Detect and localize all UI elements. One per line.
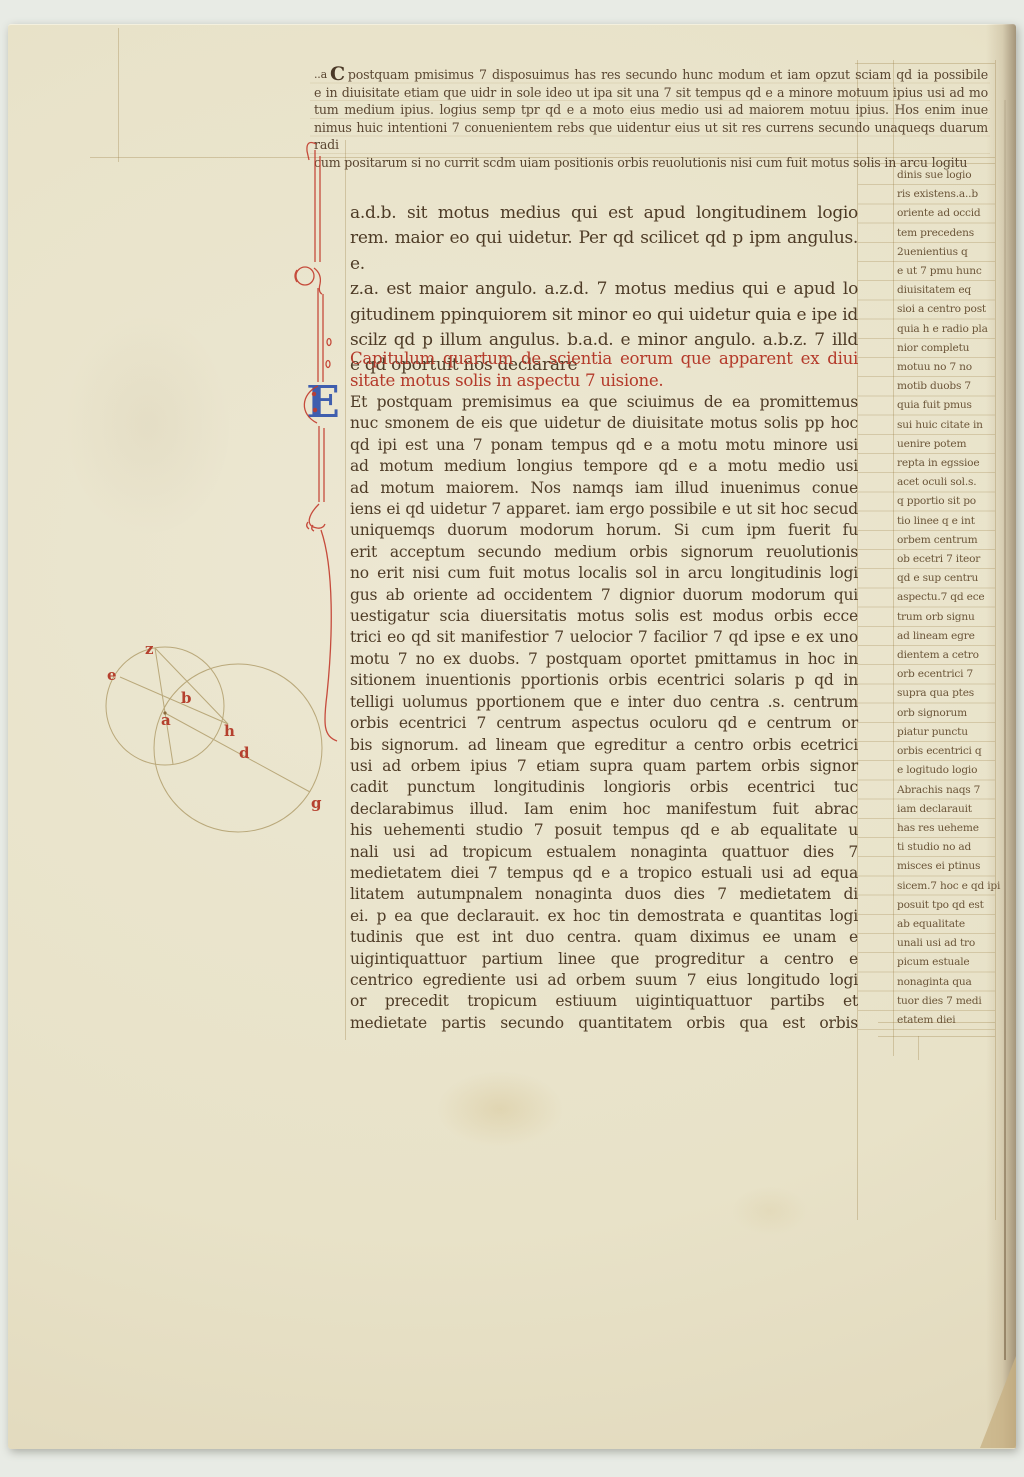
ruling-line xyxy=(918,1036,919,1060)
text-line: qd ipi est una 7 ponam tempus qd e a mot… xyxy=(350,435,858,456)
text-line: ab equalitate xyxy=(897,915,997,934)
page-crease xyxy=(1004,100,1006,1360)
text-line: nali usi ad tropicum estualem nonaginta … xyxy=(350,842,858,863)
line-z-a xyxy=(155,648,173,764)
text-line: medietate partis secundo quantitatem orb… xyxy=(350,1013,858,1034)
text-line: ad motum medium longius tempore qd e a m… xyxy=(350,456,858,477)
text-line: uenire potem xyxy=(897,435,997,454)
diagram-label-e: e xyxy=(107,666,117,684)
text-line: orbis ecentrici q xyxy=(897,742,997,761)
diagram-label-d: d xyxy=(239,744,250,762)
text-line: ..a C postquam pmisimus 7 disposuimus ha… xyxy=(314,66,988,84)
text-line: sitionem inuentionis pportionis orbis ec… xyxy=(350,670,858,691)
text-line: ad motum maiorem. Nos namqs iam illud in… xyxy=(350,478,858,499)
text-line: gus ab oriente ad occidentem 7 dignior d… xyxy=(350,585,858,606)
text-line: z.a. est maior angulo. a.z.d. 7 motus me… xyxy=(350,277,858,302)
text-line: nior completu xyxy=(897,339,997,358)
diagram-label-b: b xyxy=(181,689,192,707)
ruling-line xyxy=(345,140,346,1040)
text-line: iens ei qd uidetur 7 apparet. iam ergo p… xyxy=(350,499,858,520)
text-line: tudinis que est int duo centra. quam dix… xyxy=(350,927,858,948)
text-line: telligi uolumus pportionem que e inter d… xyxy=(350,692,858,713)
top-paragraph: ..a C postquam pmisimus 7 disposuimus ha… xyxy=(314,66,988,172)
text-line: Abrachis naqs 7 xyxy=(897,781,997,800)
text-line: gitudinem ppinquiorem sit minor eo qui u… xyxy=(350,303,858,328)
text-line: unali usi ad tro xyxy=(897,934,997,953)
text-line: motib duobs 7 xyxy=(897,377,997,396)
text-line: nonaginta qua xyxy=(897,973,997,992)
text-line: trum orb signu xyxy=(897,608,997,627)
text-line: has res ueheme xyxy=(897,819,997,838)
text-line: orbis ecentrici 7 centrum aspectus oculo… xyxy=(350,713,858,734)
ruling-line xyxy=(118,28,119,162)
ruling-line xyxy=(878,1036,995,1037)
text-line: oriente ad occid xyxy=(897,204,997,223)
text-line: tio linee q e int xyxy=(897,512,997,531)
text-line: acet oculi sol.s. xyxy=(897,473,997,492)
quire-mark: ..a xyxy=(314,66,327,84)
diagram-label-g: g xyxy=(311,794,322,812)
text-line: ob ecetri 7 iteor xyxy=(897,550,997,569)
text-line: tuor dies 7 medi xyxy=(897,992,997,1011)
text-line: misces ei ptinus xyxy=(897,857,997,876)
text-line: ris existens.a..b xyxy=(897,185,997,204)
text-line: quia fuit pmus xyxy=(897,396,997,415)
text-line: sui huic citate in xyxy=(897,416,997,435)
text-line: piatur punctu xyxy=(897,723,997,742)
text-line: e in diuisitate etiam que uidr in sole i… xyxy=(314,84,988,102)
text-line: a.d.b. sit motus medius qui est apud lon… xyxy=(350,201,858,226)
line-a-g xyxy=(165,713,310,792)
text-line: motuu no 7 no xyxy=(897,358,997,377)
text-line: aspectu.7 qd ece xyxy=(897,588,997,607)
manuscript-scan: { "top_block": { "mark": "..a", "initial… xyxy=(0,0,1024,1477)
text-line: bis signorum. ad lineam que egreditur a … xyxy=(350,735,858,756)
text-line: dinis sue logio xyxy=(897,166,997,185)
text-line: no erit nisi cum fuit motus localis sol … xyxy=(350,563,858,584)
large-circle xyxy=(154,664,322,832)
chapter-body-text: Et postquam premisimus ea que sciuimus d… xyxy=(350,392,858,1034)
text-line: Et postquam premisimus ea que sciuimus d… xyxy=(350,392,858,413)
text-line: e ut 7 pmu hunc xyxy=(897,262,997,281)
ruling-line xyxy=(893,60,894,1056)
text-line: picum estuale xyxy=(897,953,997,972)
text-line: or precedit tropicum estiuum uigintiquat… xyxy=(350,991,858,1012)
text-line: sioi a centro post xyxy=(897,300,997,319)
text-line: centrico egrediente usi ad orbem suum 7 … xyxy=(350,970,858,991)
text-line: sicem.7 hoc e qd ipi xyxy=(897,877,997,896)
text-line: nimus huic intentioni 7 conuenientem reb… xyxy=(314,119,988,154)
text-line: tum medium ipius. logius semp tpr qd e a… xyxy=(314,101,988,119)
text-line: cadit punctum longitudinis longioris orb… xyxy=(350,777,858,798)
paragraph-initial-c: C xyxy=(330,66,345,83)
text-line: medietatem diei 7 tempus qd e a tropico … xyxy=(350,863,858,884)
text-line: posuit tpo qd est xyxy=(897,896,997,915)
text-line: orbem centrum xyxy=(897,531,997,550)
text-line: tem precedens xyxy=(897,224,997,243)
text-line: uniquemqs duorum modorum horum. Si cum i… xyxy=(350,520,858,541)
text-line: diuisitatem eq xyxy=(897,281,997,300)
diagram-label-h: h xyxy=(224,722,235,740)
text-line: declarabimus illud. Iam enim hoc manifes… xyxy=(350,799,858,820)
text-line: repta in egssioe xyxy=(897,454,997,473)
top-paragraph-lines: e in diuisitate etiam que uidr in sole i… xyxy=(314,84,988,172)
text-line: litatem autumpnalem nonaginta duos dies … xyxy=(350,884,858,905)
chapter-rubric: Capitulum quartum de scientia eorum que … xyxy=(350,348,858,391)
text-line: sitate motus solis in aspectu 7 uisione. xyxy=(350,370,858,392)
text-line: etatem diei xyxy=(897,1011,997,1030)
text-line: Capitulum quartum de scientia eorum que … xyxy=(350,348,858,370)
text-line: dientem a cetro xyxy=(897,646,997,665)
text-line: cum positarum si no currit scdm uiam pos… xyxy=(314,154,988,172)
text-line: quia h e radio pla xyxy=(897,320,997,339)
text-line: q pportio sit po xyxy=(897,492,997,511)
text-line: uigintiquattuor partium linee que progre… xyxy=(350,949,858,970)
ruling-line xyxy=(855,63,995,64)
text-line: rem. maior eo qui uidetur. Per qd scilic… xyxy=(350,226,858,277)
line-e-h xyxy=(120,677,228,724)
marginal-gloss-column: dinis sue logioris existens.a..boriente … xyxy=(897,166,997,1030)
text-line: nuc smonem de eis que uidetur de diuisit… xyxy=(350,413,858,434)
text-line: ei. p ea que declarauit. ex hoc tin demo… xyxy=(350,906,858,927)
text-line: supra qua ptes xyxy=(897,684,997,703)
text-line: e logitudo logio xyxy=(897,761,997,780)
eccentric-orb-diagram: z e b a h d g xyxy=(95,612,345,847)
text-line: iam declarauit xyxy=(897,800,997,819)
text-line: motu 7 no ex duobs. 7 postquam oportet p… xyxy=(350,649,858,670)
text-line: usi ad orbem ipius 7 etiam supra quam pa… xyxy=(350,756,858,777)
text-line: orb ecentrici 7 xyxy=(897,665,997,684)
text-line: trici eo qd sit manifestior 7 uelocior 7… xyxy=(350,627,858,648)
diagram-label-z: z xyxy=(145,640,154,658)
text-line: ad lineam egre xyxy=(897,627,997,646)
diagram-label-a: a xyxy=(161,711,171,729)
text-line: uestigatur scia diuersitatis motus solis… xyxy=(350,606,858,627)
text-line: his uehementi studio 7 posuit tempus qd … xyxy=(350,820,858,841)
text-line: postquam pmisimus 7 disposuimus has res … xyxy=(348,66,988,84)
text-line: erit acceptum secundo medium orbis signo… xyxy=(350,542,858,563)
text-line: ti studio no ad xyxy=(897,838,997,857)
text-line: orb signorum xyxy=(897,704,997,723)
text-line: qd e sup centru xyxy=(897,569,997,588)
text-line: 2uenientius q xyxy=(897,243,997,262)
